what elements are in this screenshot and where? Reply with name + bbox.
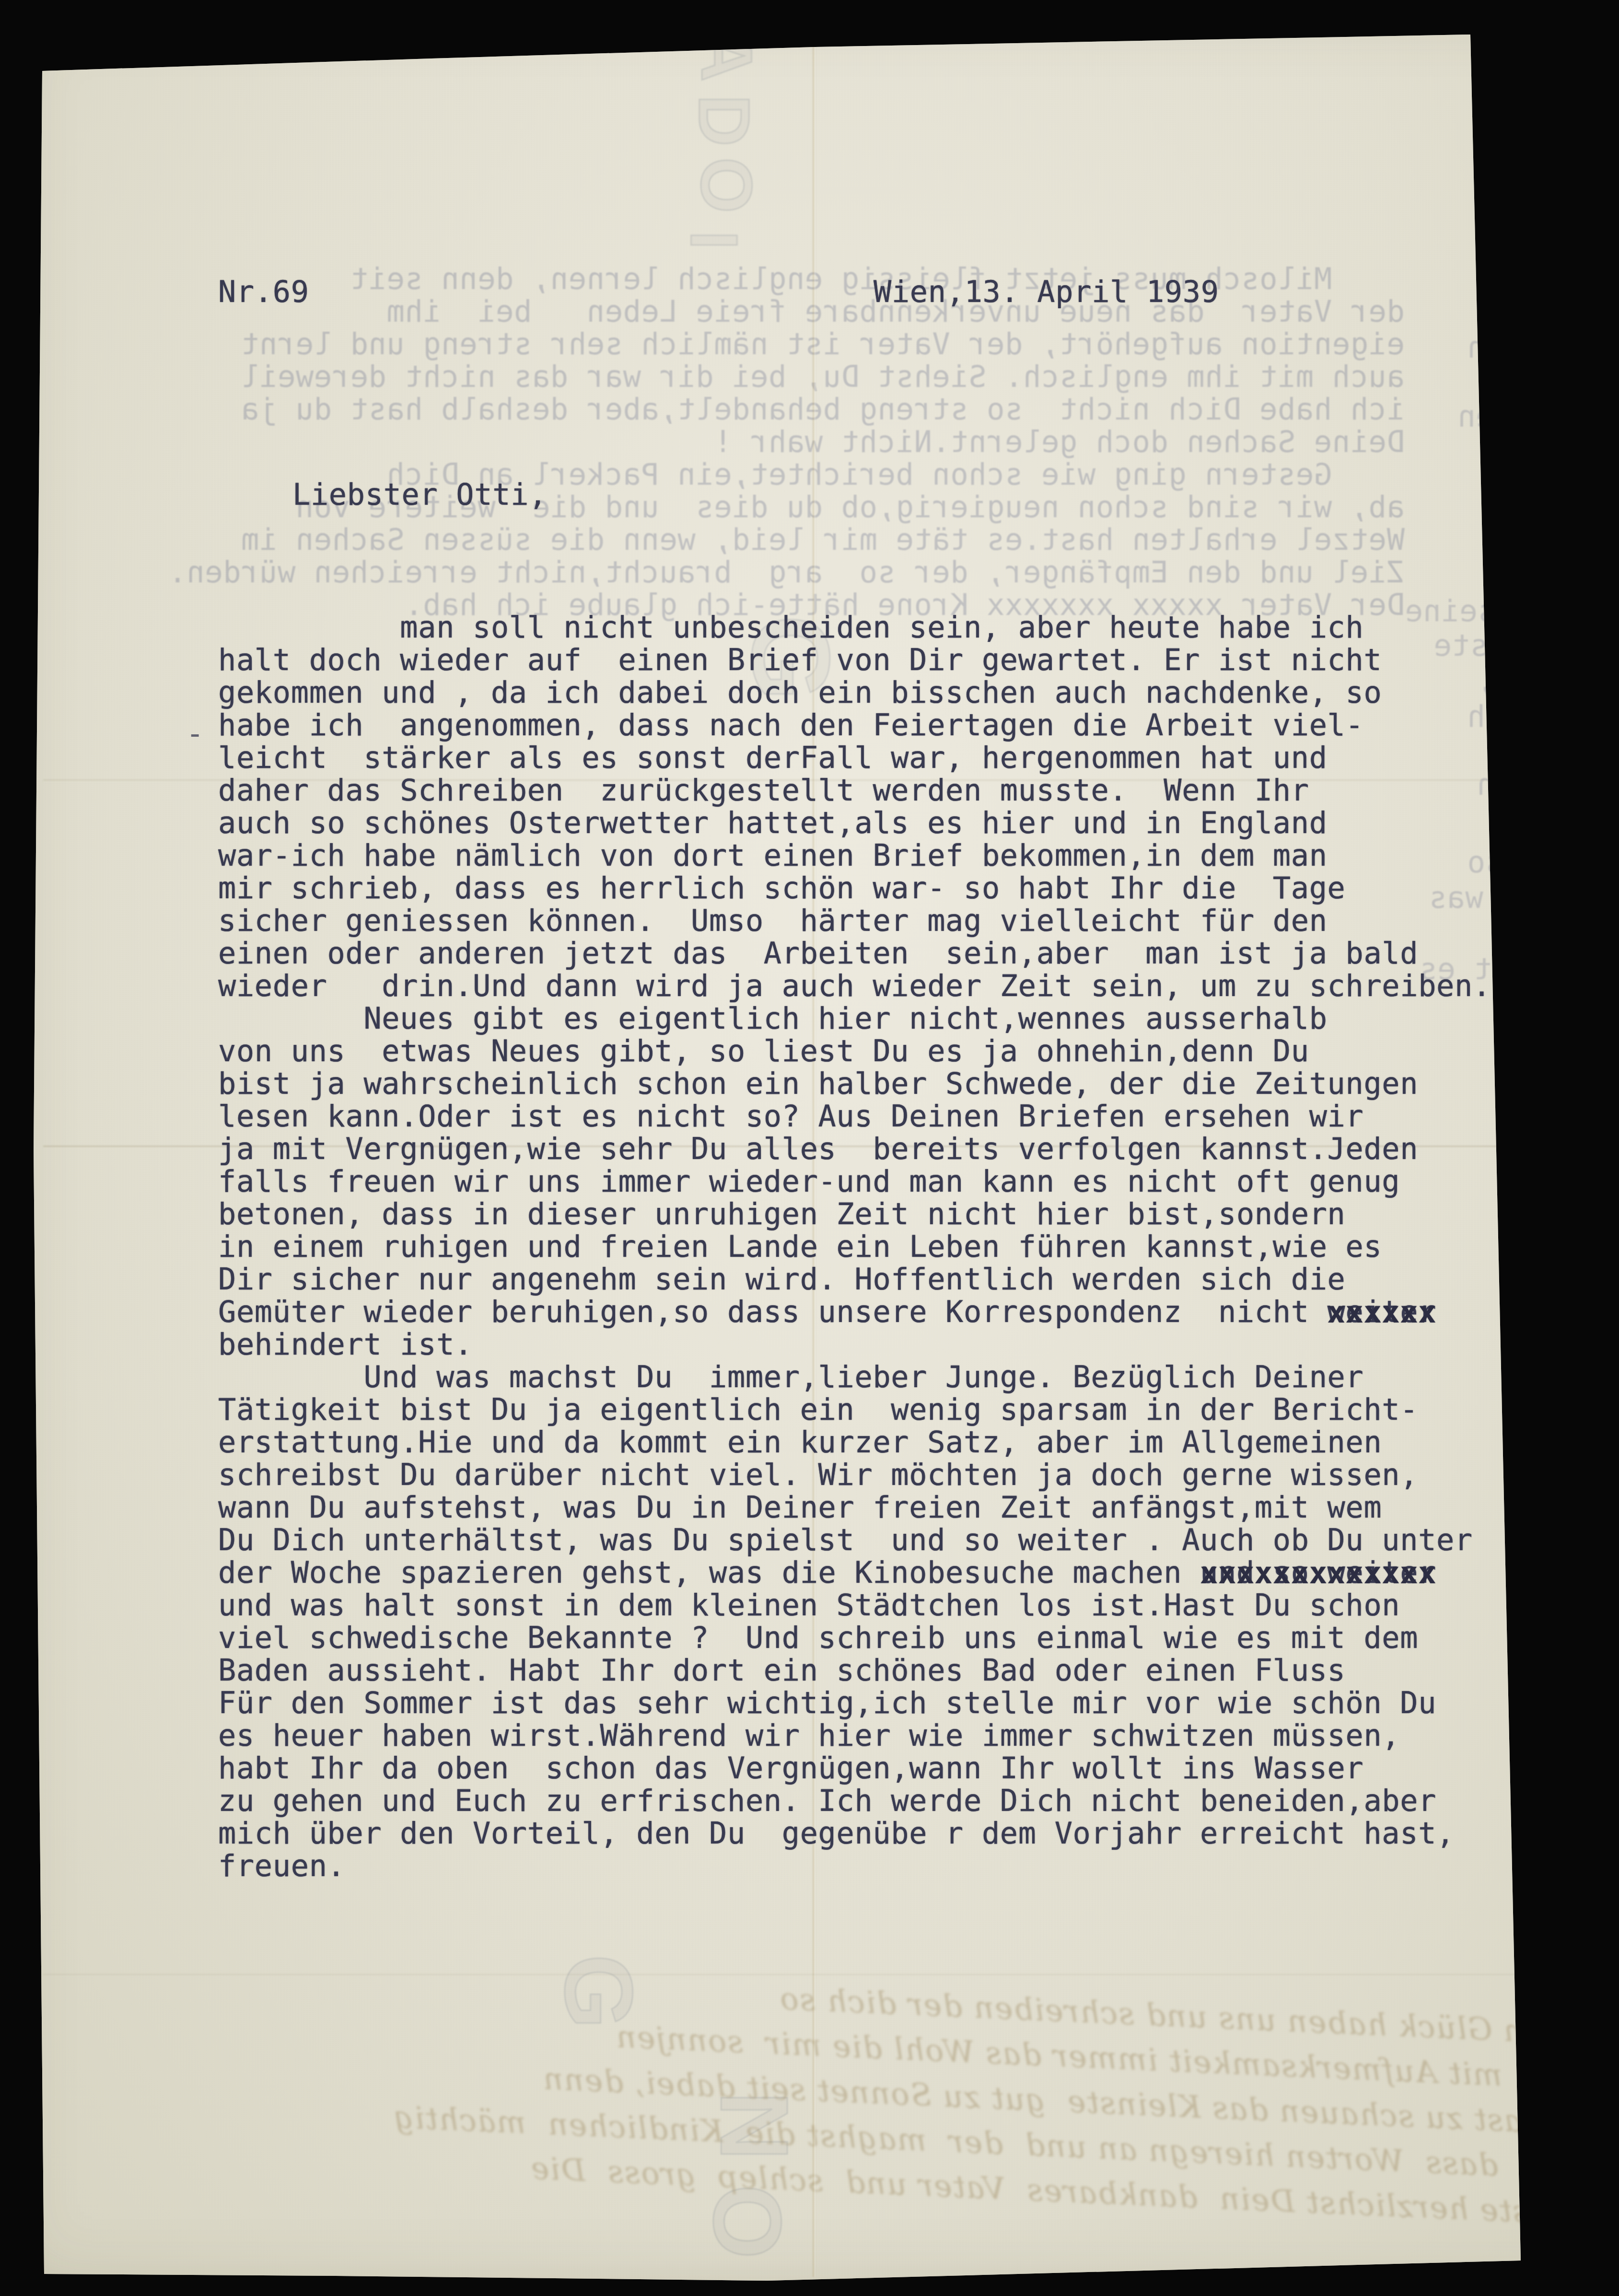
verso-fragment: nur, bbox=[1477, 663, 1549, 698]
letter-number: Nr.69 bbox=[218, 274, 309, 309]
verso-bleedthrough-line: Milosch muss jetzt fleissig englisch ler… bbox=[177, 263, 1405, 295]
verso-bleedthrough-block: Milosch muss jetzt fleissig englisch ler… bbox=[177, 263, 1405, 621]
verso-bleedthrough-line: Ziel und den Empfänger, der so arg brauc… bbox=[177, 556, 1405, 589]
margin-dash-artifact: - bbox=[186, 716, 204, 751]
strike-overlay: xxxxxx bbox=[1328, 1296, 1437, 1329]
verso-bleedthrough-line: eigention aufgehört, der Vater ist nämli… bbox=[177, 328, 1405, 360]
letter-body: man soll nicht unbescheiden sein, aber h… bbox=[218, 611, 1491, 1882]
horizontal-fold-crease-3 bbox=[43, 1974, 1518, 1977]
verso-bleedthrough-line: auch mit ihm englisch. Siehst Du, bei di… bbox=[177, 360, 1405, 393]
verso-bleedthrough-line: ich habe Dich nicht so streng behandelt,… bbox=[177, 393, 1405, 426]
verso-fragment: von bbox=[1467, 330, 1522, 365]
pencil-mark-artifact: ✗ bbox=[1531, 437, 1547, 467]
strike-overlay: xxxxxxxxxxxxx bbox=[1200, 1557, 1436, 1589]
verso-bleedthrough-line: Wetzel erhalten hast.es täte mir leid, w… bbox=[177, 523, 1405, 556]
watermark-letter: O bbox=[685, 157, 768, 213]
watermark-letter: D bbox=[683, 94, 766, 146]
handwriting-bleedthrough: Zum Glück haben uns und schreiben der di… bbox=[451, 1962, 1577, 2236]
struck-word: und so weiterxxxxxxxxxxxxx bbox=[1200, 1556, 1436, 1589]
verso-bleedthrough-line: Deine Sachen doch gelernt.Nicht wahr ! bbox=[177, 426, 1405, 458]
watermark-letter: I bbox=[675, 231, 753, 250]
verso-fragment: ist bbox=[1491, 809, 1546, 844]
verso-fragment: im bbox=[1481, 364, 1518, 399]
watermark-letter: A bbox=[686, 30, 769, 81]
scanned-letter-screenshot: { "document": { "letter_number": "Nr.69"… bbox=[0, 0, 1619, 2296]
struck-word: weiterxxxxxx bbox=[1328, 1296, 1437, 1328]
letter-paper: ADOIGGNO Milosch muss jetzt fleissig eng… bbox=[0, 0, 1619, 2296]
dateline: Wien,13. April 1939 bbox=[874, 274, 1219, 309]
salutation: Liebster Otti, bbox=[292, 477, 547, 512]
verso-bleedthrough-line: der Vater das neue unverkennbare freie L… bbox=[177, 295, 1405, 328]
verso-fragment: den bbox=[1457, 399, 1512, 434]
